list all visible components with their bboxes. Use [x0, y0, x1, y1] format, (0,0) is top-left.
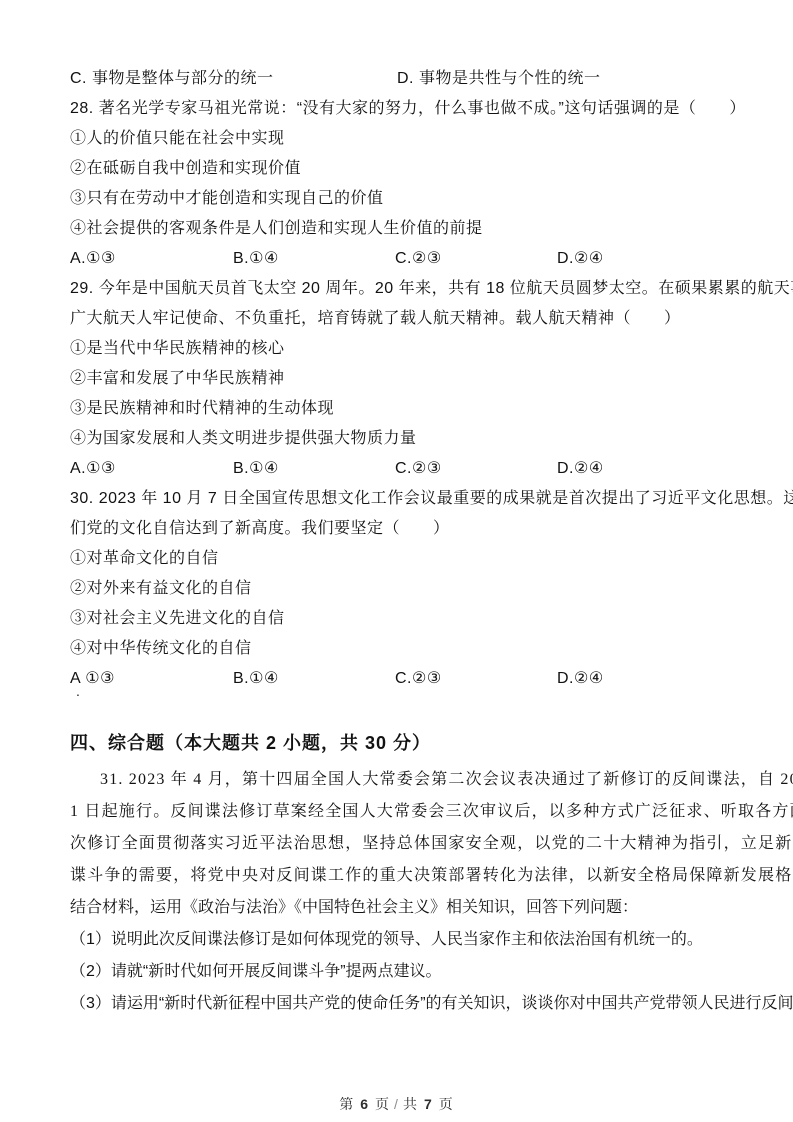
footer-total-prefix: 共: [403, 1096, 418, 1112]
document-page: C. 事物是整体与部分的统一 D. 事物是共性与个性的统一 28. 著名光学专家…: [0, 0, 793, 1122]
q31-para-line-2: 1 日起施行。反间谍法修订草案经全国人大常委会三次审议后，以多种方式广泛征求、听…: [70, 796, 726, 828]
q29-statement-1: ①是当代中华民族精神的核心: [70, 334, 726, 364]
q28-option-d: D.②④: [557, 244, 726, 274]
q27-option-c: C. 事物是整体与部分的统一: [70, 64, 397, 94]
q29-statement-2: ②丰富和发展了中华民族精神: [70, 364, 726, 394]
q28-statement-3: ③只有在劳动中才能创造和实现自己的价值: [70, 184, 726, 214]
q30-option-b: B.①④: [233, 664, 395, 694]
q30-option-c: C.②③: [395, 664, 557, 694]
q31-para-line-3: 次修订全面贯彻落实习近平法治思想，坚持总体国家安全观，以党的二十大精神为指引，立…: [70, 828, 726, 860]
q28-option-b: B.①④: [233, 244, 395, 274]
q30-statement-4: ④对中华传统文化的自信: [70, 634, 726, 664]
q30-statement-3: ③对社会主义先进文化的自信: [70, 604, 726, 634]
q27-options-row: C. 事物是整体与部分的统一 D. 事物是共性与个性的统一: [70, 64, 726, 94]
q28-stem: 28. 著名光学专家马祖光常说：“没有大家的努力，什么事也做不成。”这句话强调的…: [70, 94, 726, 124]
q29-option-b: B.①④: [233, 454, 395, 484]
q30-options-row: A ①③ . B.①④ C.②③ D.②④: [70, 664, 726, 694]
stray-period-mark: .: [76, 684, 80, 698]
q29-statement-4: ④为国家发展和人类文明进步提供强大物质力量: [70, 424, 726, 454]
q28-option-a: A.①③: [70, 244, 233, 274]
q30-option-a: A ①③ .: [70, 664, 233, 694]
q29-option-c: C.②③: [395, 454, 557, 484]
q28-option-c: C.②③: [395, 244, 557, 274]
q28-statement-2: ②在砥砺自我中创造和实现价值: [70, 154, 726, 184]
q30-stem-line-2: 们党的文化自信达到了新高度。我们要坚定（ ）: [70, 514, 726, 544]
footer-current-page: 6: [360, 1096, 369, 1112]
q27-option-d: D. 事物是共性与个性的统一: [397, 64, 726, 94]
footer-total-pages: 7: [424, 1096, 433, 1112]
q29-stem-line-2: 广大航天人牢记使命、不负重托，培育铸就了载人航天精神。载人航天精神（ ）: [70, 304, 726, 334]
footer-page-label: 页: [375, 1096, 390, 1112]
q31-lead: 结合材料，运用《政治与法治》《中国特色社会主义》相关知识，回答下列问题：: [70, 892, 726, 924]
q28-statement-4: ④社会提供的客观条件是人们创造和实现人生价值的前提: [70, 214, 726, 244]
q31-para-line-1: 31. 2023 年 4 月，第十四届全国人大常委会第二次会议表决通过了新修订的…: [70, 764, 726, 796]
q31-subquestion-2: （2）请就“新时代如何开展反间谍斗争”提两点建议。: [70, 956, 726, 988]
q29-option-a: A.①③: [70, 454, 233, 484]
q28-options-row: A.①③ B.①④ C.②③ D.②④: [70, 244, 726, 274]
page-footer: 第6页/共7页: [0, 1094, 793, 1114]
footer-prefix: 第: [339, 1096, 354, 1112]
footer-separator: /: [394, 1096, 399, 1112]
footer-total-label: 页: [439, 1096, 454, 1112]
q29-options-row: A.①③ B.①④ C.②③ D.②④: [70, 454, 726, 484]
q30-statement-1: ①对革命文化的自信: [70, 544, 726, 574]
page-content: C. 事物是整体与部分的统一 D. 事物是共性与个性的统一 28. 著名光学专家…: [70, 64, 726, 1020]
q31-subquestion-3: （3）请运用“新时代新征程中国共产党的使命任务”的有关知识，谈谈你对中国共产党带…: [70, 988, 726, 1020]
section4-heading: 四、综合题（本大题共 2 小题，共 30 分）: [70, 730, 726, 757]
q31-para-line-4: 谍斗争的需要，将党中央对反间谍工作的重大决策部署转化为法律，以新安全格局保障新发…: [70, 860, 726, 892]
q29-statement-3: ③是民族精神和时代精神的生动体现: [70, 394, 726, 424]
q29-option-d: D.②④: [557, 454, 726, 484]
q30-statement-2: ②对外来有益文化的自信: [70, 574, 726, 604]
q31-subquestion-1: （1）说明此次反间谍法修订是如何体现党的领导、人民当家作主和依法治国有机统一的。: [70, 924, 726, 956]
q29-stem-line-1: 29. 今年是中国航天员首飞太空 20 周年。20 年来，共有 18 位航天员圆…: [70, 274, 726, 304]
q30-option-d: D.②④: [557, 664, 726, 694]
q28-statement-1: ①人的价值只能在社会中实现: [70, 124, 726, 154]
q30-stem-line-1: 30. 2023 年 10 月 7 日全国宣传思想文化工作会议最重要的成果就是首…: [70, 484, 726, 514]
